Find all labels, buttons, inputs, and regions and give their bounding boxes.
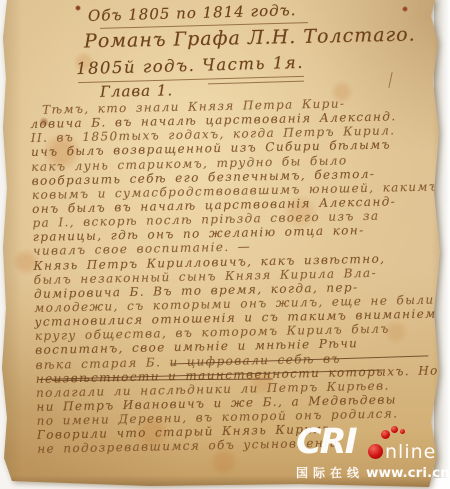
cri-url-text: www.cri.cn — [366, 465, 450, 481]
chapter-heading: Глава 1. — [100, 81, 174, 101]
cri-chinese-label: 国际在线 — [296, 464, 364, 481]
red-dot-icon — [400, 429, 405, 434]
manuscript-paper: Объ 1805 по 1814 годъ. Романъ Графа Л.Н.… — [0, 0, 450, 489]
pen-tick-mark — [388, 72, 392, 88]
red-dot-icon — [368, 444, 383, 459]
title-line-years: Объ 1805 по 1814 годъ. — [88, 1, 297, 25]
red-dot-icon — [381, 430, 390, 439]
manuscript-body: Тѣмъ, кто знали Князя Петра Кири- ловича… — [30, 94, 447, 456]
cri-logo-text: CRI — [296, 422, 356, 462]
cri-online-watermark: CRI nline 国际在线 www.cri.cn — [292, 422, 450, 486]
underline-stroke — [208, 81, 304, 85]
red-dot-icon — [391, 426, 398, 433]
title-line-part: 1805й годъ. Часть 1я. — [76, 53, 304, 78]
cri-online-suffix: nline — [385, 441, 436, 463]
manuscript-photo: Объ 1805 по 1814 годъ. Романъ Графа Л.Н.… — [0, 0, 450, 489]
